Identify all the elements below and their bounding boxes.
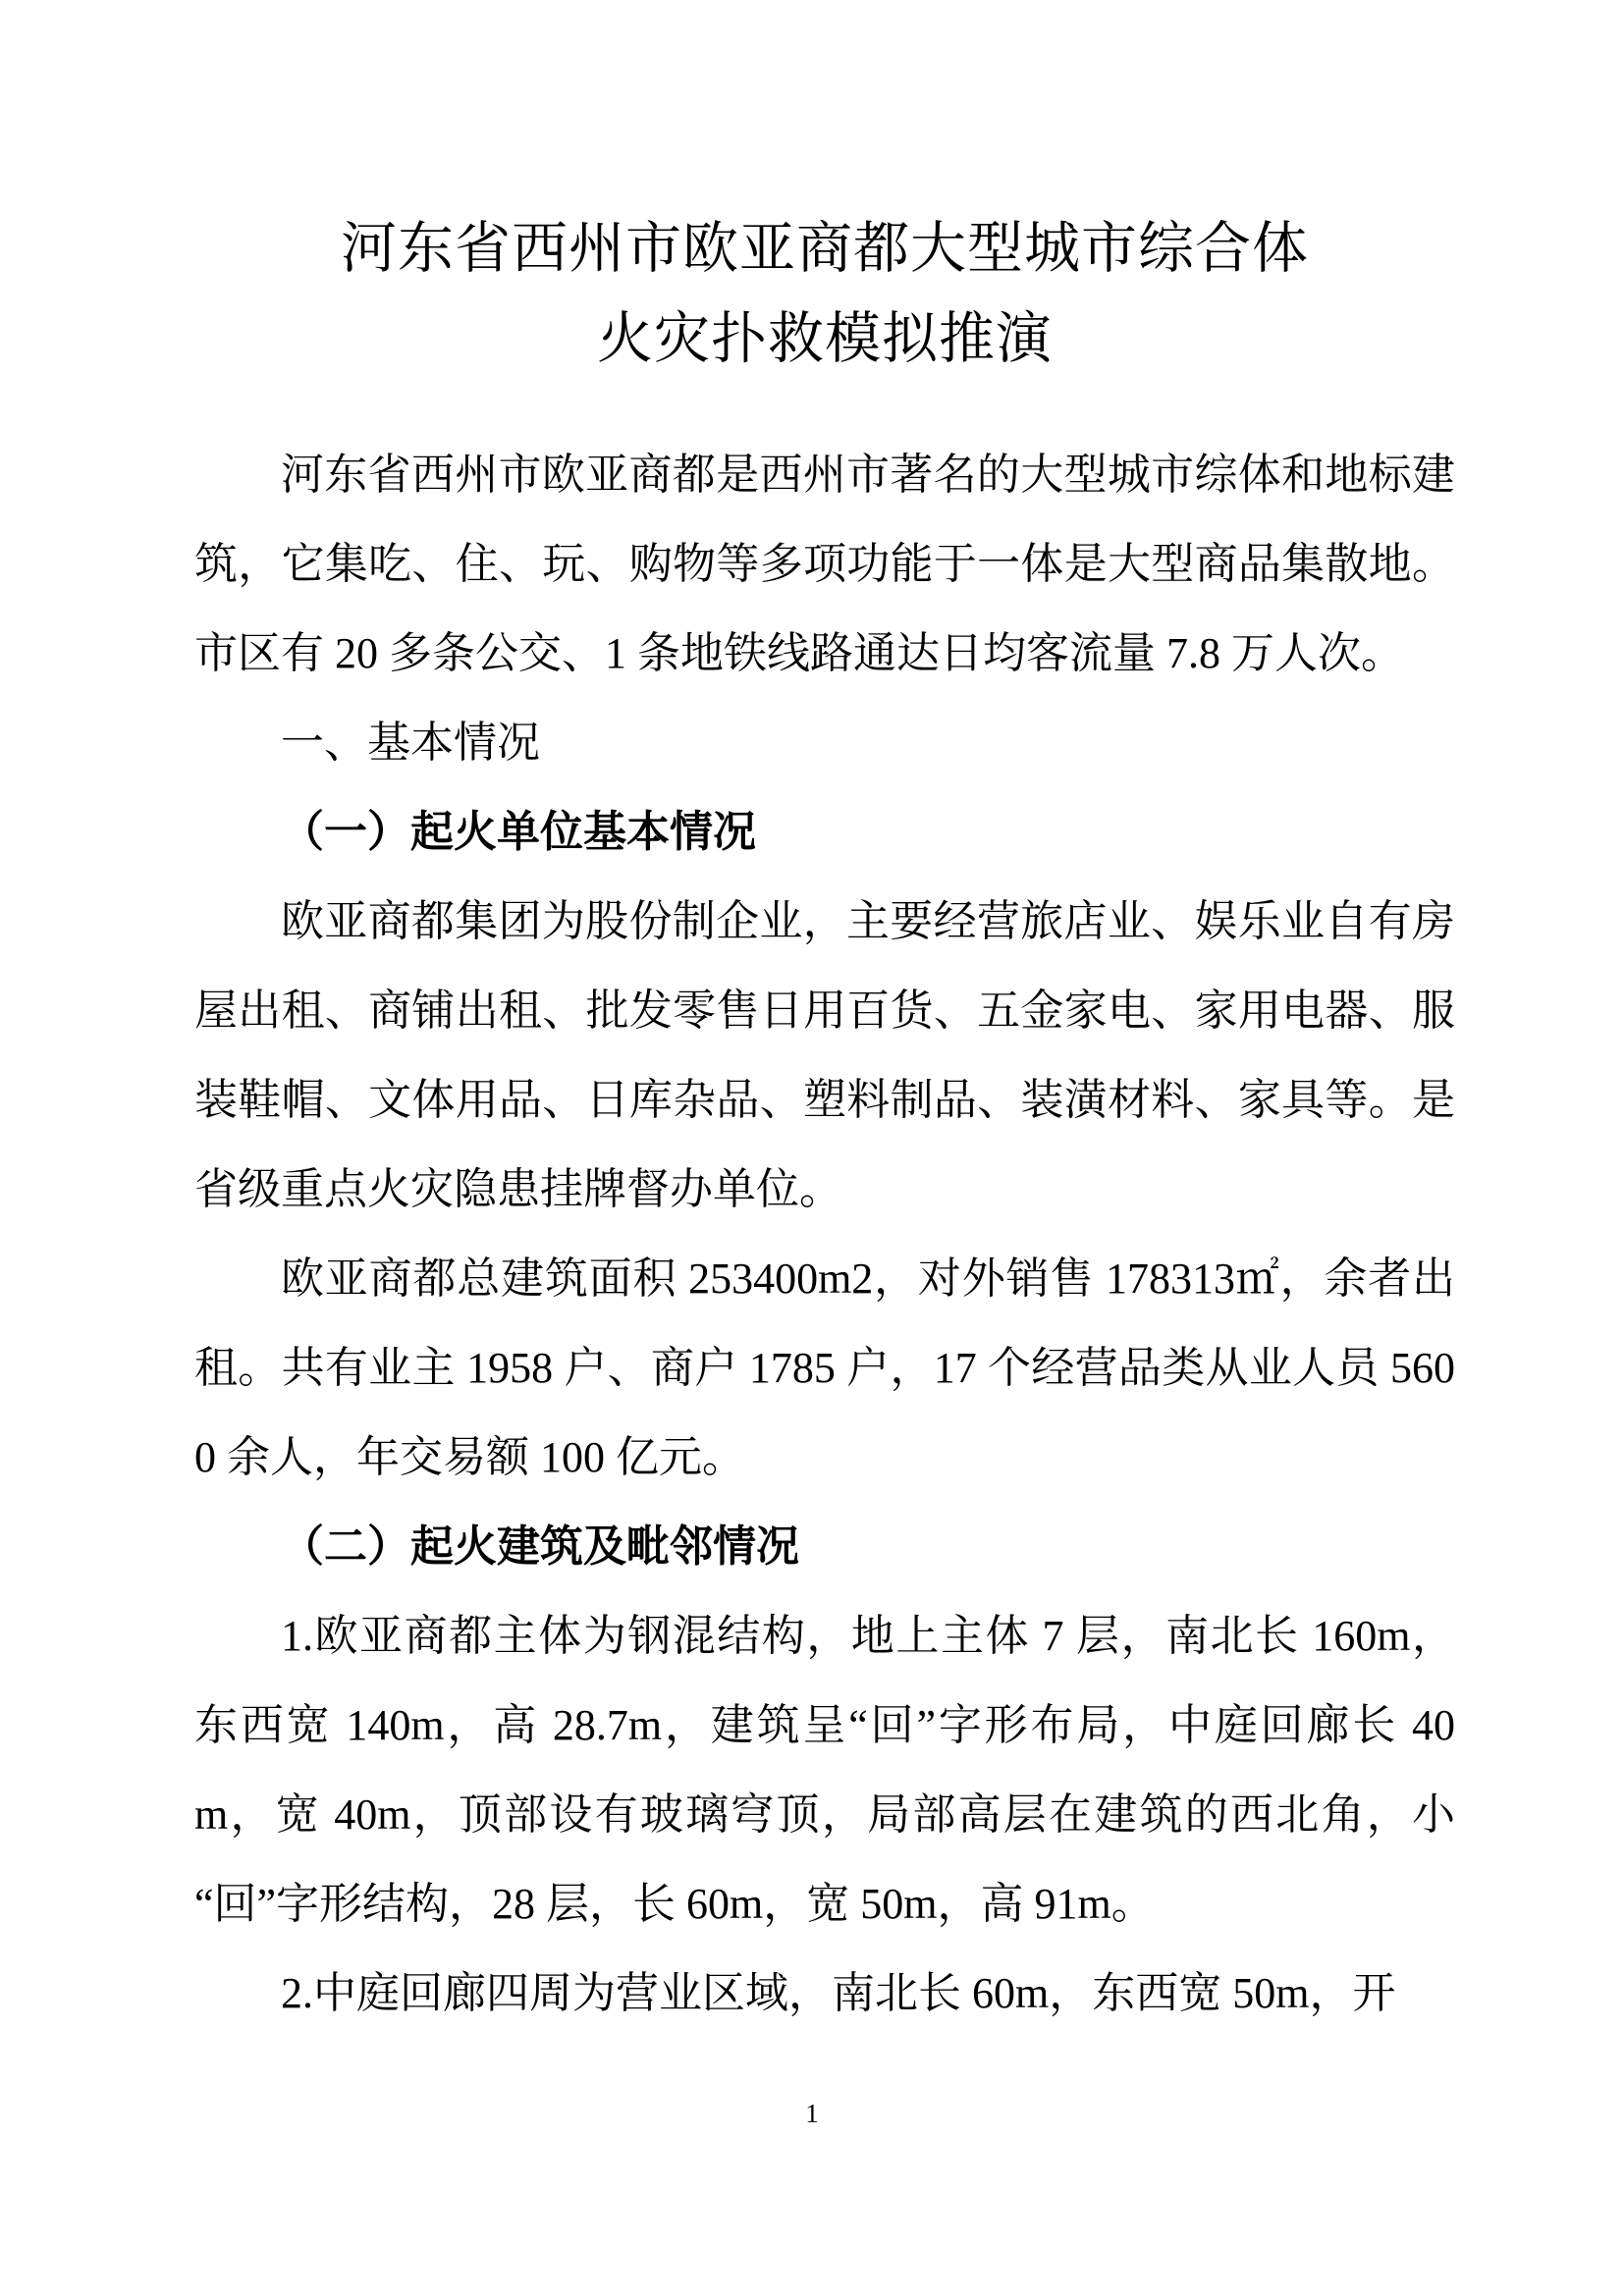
heading-section-1: 一、基本情况: [194, 698, 1455, 787]
heading-subsection-1-2: （二）起火建筑及毗邻情况: [194, 1502, 1455, 1591]
paragraph-intro: 河东省西州市欧亚商都是西州市著名的大型城市综体和地标建筑，它集吃、住、玩、购物等…: [194, 430, 1455, 698]
paragraph-building-structure: 1.欧亚商都主体为钢混结构，地上主体 7 层，南北长 160m，东西宽 140m…: [194, 1591, 1455, 1949]
document-page: 河东省西州市欧亚商都大型城市综合体 火灾扑救模拟推演 河东省西州市欧亚商都是西州…: [0, 0, 1624, 2296]
page-number: 1: [0, 2097, 1624, 2130]
title-line-2: 火灾扑救模拟推演: [194, 294, 1455, 385]
paragraph-atrium: 2.中庭回廊四周为营业区域，南北长 60m，东西宽 50m，开: [194, 1949, 1455, 2038]
heading-subsection-1-1: （一）起火单位基本情况: [194, 787, 1455, 877]
document-title: 河东省西州市欧亚商都大型城市综合体 火灾扑救模拟推演: [194, 204, 1455, 385]
title-line-1: 河东省西州市欧亚商都大型城市综合体: [194, 204, 1455, 294]
paragraph-company-overview: 欧亚商都集团为股份制企业，主要经营旅店业、娱乐业自有房屋出租、商铺出租、批发零售…: [194, 877, 1455, 1234]
paragraph-building-area: 欧亚商都总建筑面积 253400m2，对外销售 178313㎡，余者出租。共有业…: [194, 1234, 1455, 1502]
